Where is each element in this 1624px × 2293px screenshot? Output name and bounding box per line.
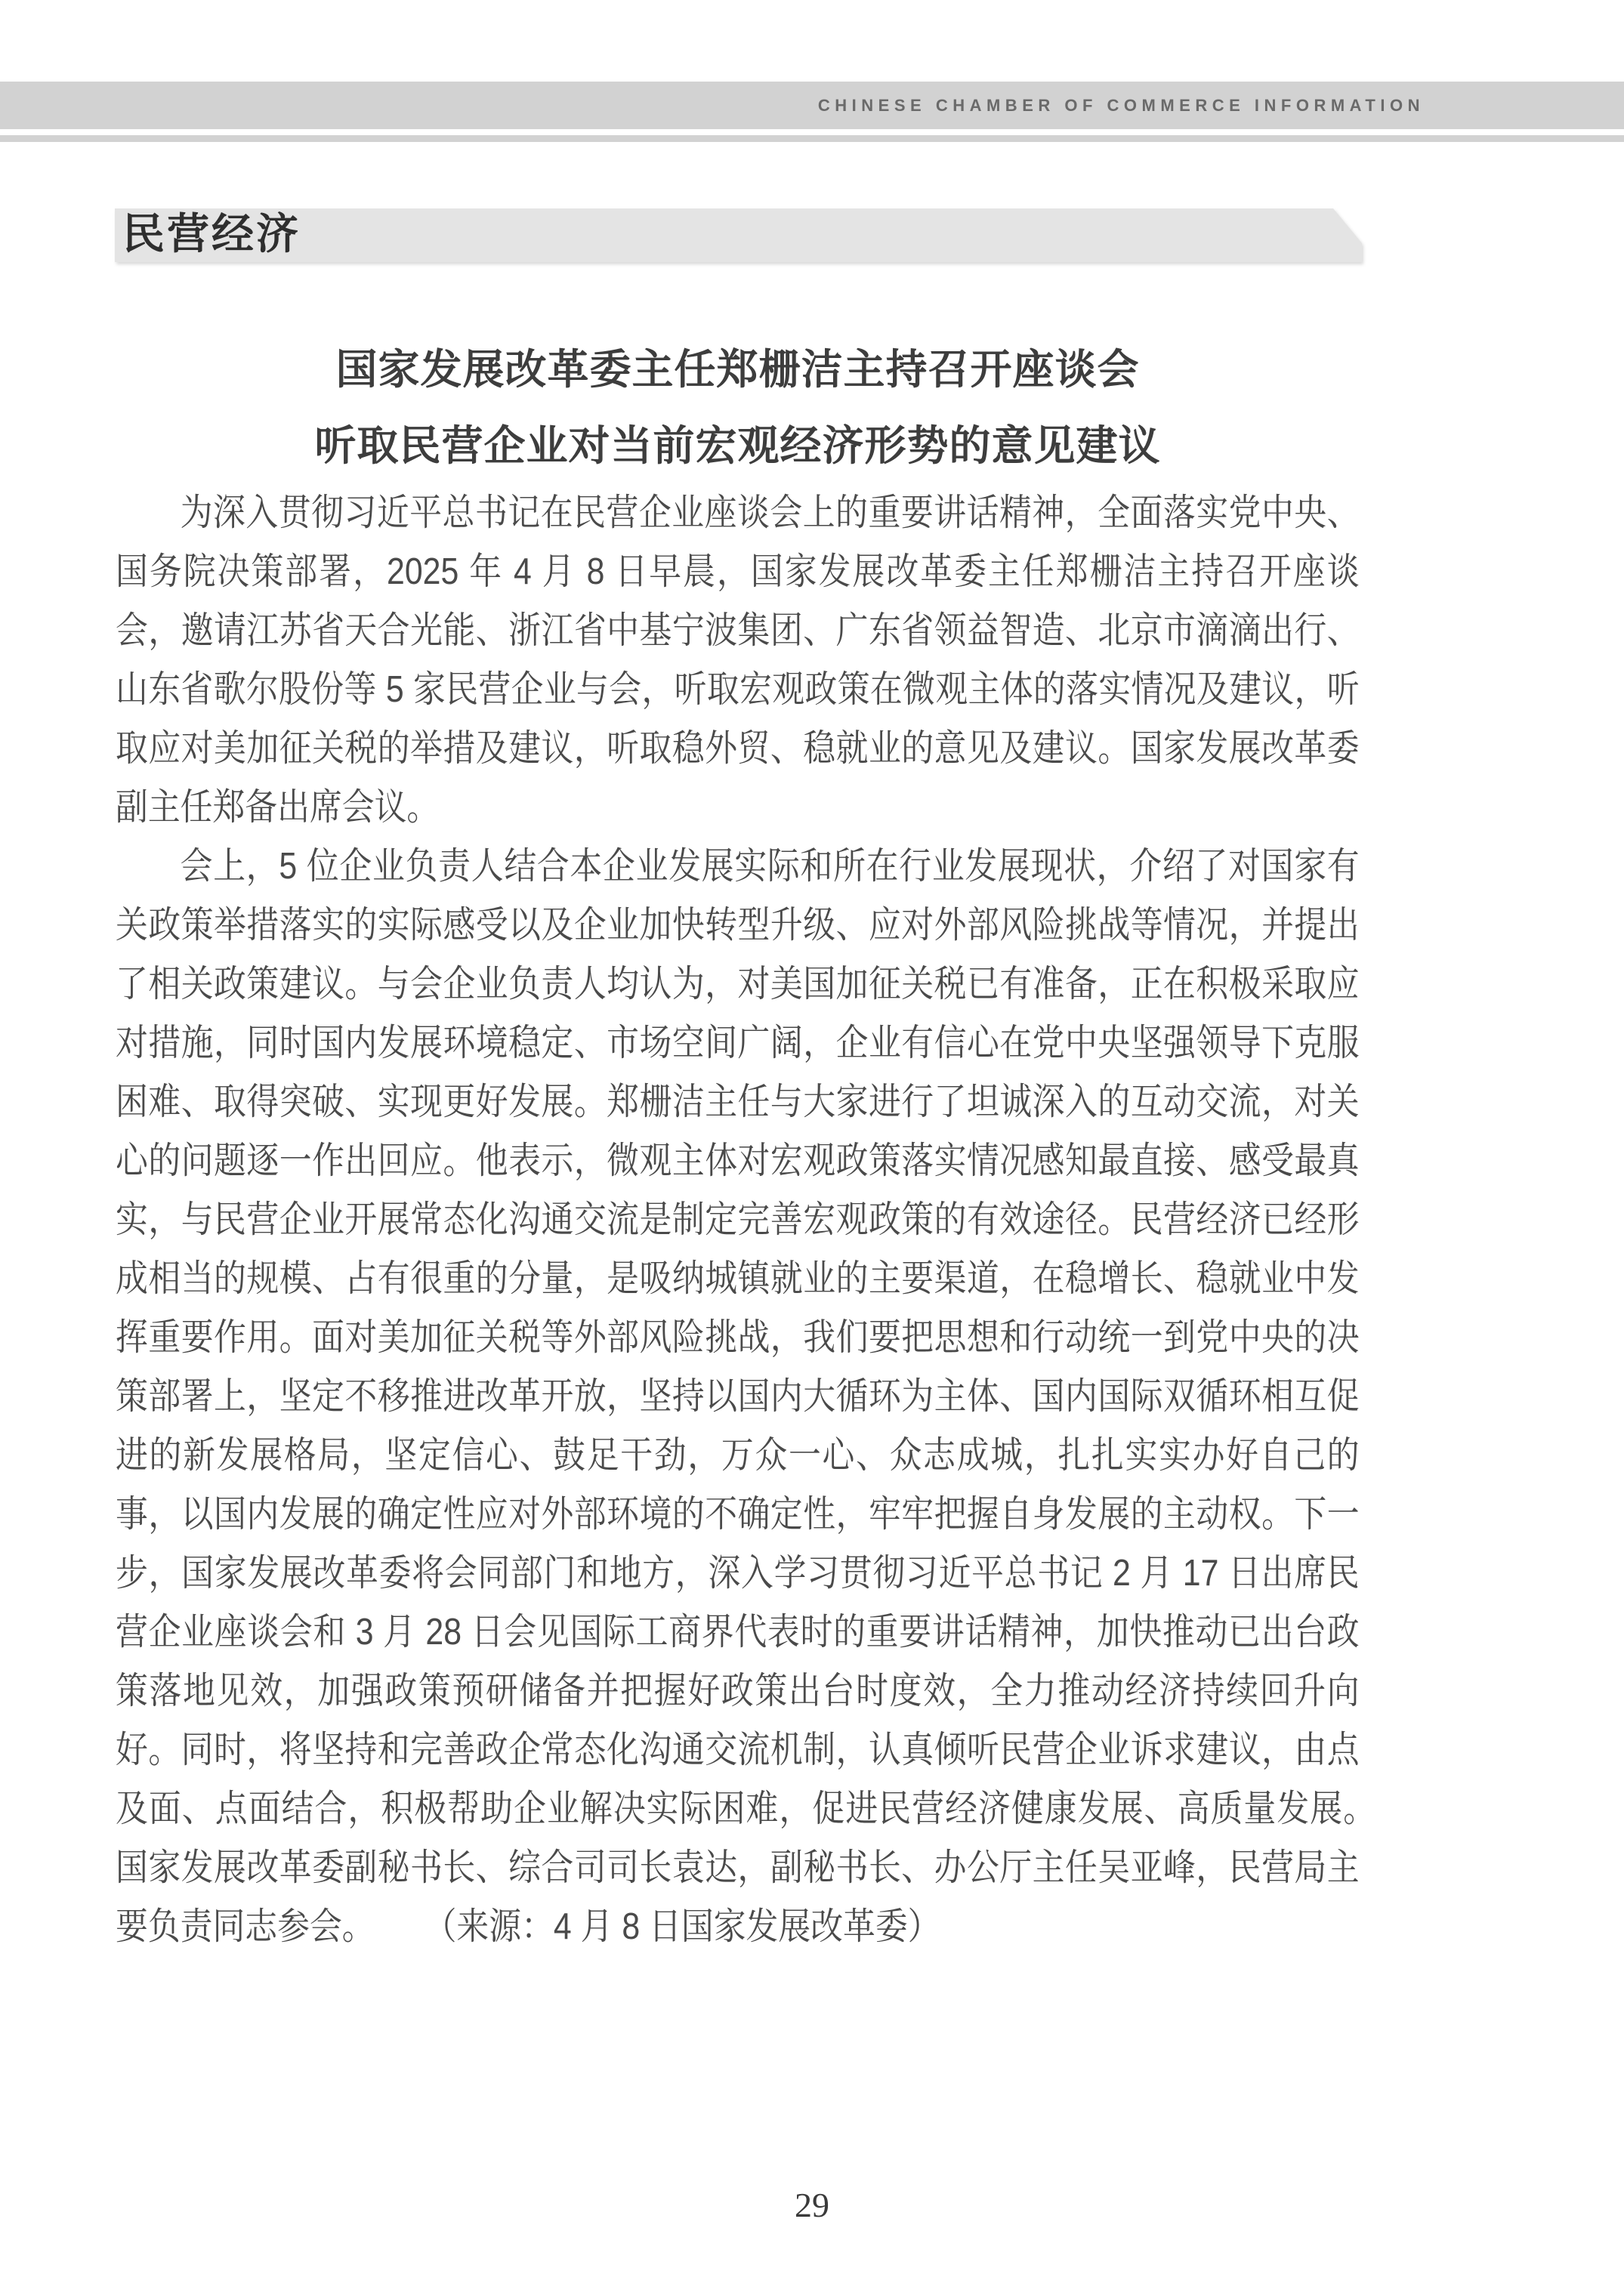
header-banner-text: CHINESE CHAMBER OF COMMERCE INFORMATION [818, 96, 1425, 116]
article-title-line2: 听取民营企业对当前宏观经济形势的意见建议 [116, 408, 1360, 484]
section-header: 民营经济 [115, 208, 1362, 262]
paragraph-2-text: 会上，5 位企业负责人结合本企业发展实际和所在行业发展现状，介绍了对国家有关政策… [116, 846, 1391, 1947]
article-title-line1: 国家发展改革委主任郑栅洁主持召开座谈会 [116, 332, 1360, 408]
header-divider-bar [0, 135, 1624, 142]
section-header-box: 民营经济 [115, 208, 1362, 262]
header-banner-bar: CHINESE CHAMBER OF COMMERCE INFORMATION [0, 82, 1624, 129]
paragraph-2: 会上，5 位企业负责人结合本企业发展实际和所在行业发展现状，介绍了对国家有关政策… [116, 837, 1360, 1956]
page-number: 29 [0, 2185, 1624, 2225]
article-title: 国家发展改革委主任郑栅洁主持召开座谈会 听取民营企业对当前宏观经济形势的意见建议 [116, 332, 1360, 484]
article-body: 为深入贯彻习近平总书记在民营企业座谈会上的重要讲话精神，全面落实党中央、国务院决… [116, 483, 1360, 1956]
section-label: 民营经济 [122, 208, 301, 262]
document-page: CHINESE CHAMBER OF COMMERCE INFORMATION … [0, 0, 1624, 2293]
source-note: （来源：4 月 8 日国家发展改革委） [440, 1906, 940, 1947]
paragraph-1: 为深入贯彻习近平总书记在民营企业座谈会上的重要讲话精神，全面落实党中央、国务院决… [116, 483, 1360, 837]
paragraph-1-text: 为深入贯彻习近平总书记在民营企业座谈会上的重要讲话精神，全面落实党中央、国务院决… [116, 492, 1360, 828]
